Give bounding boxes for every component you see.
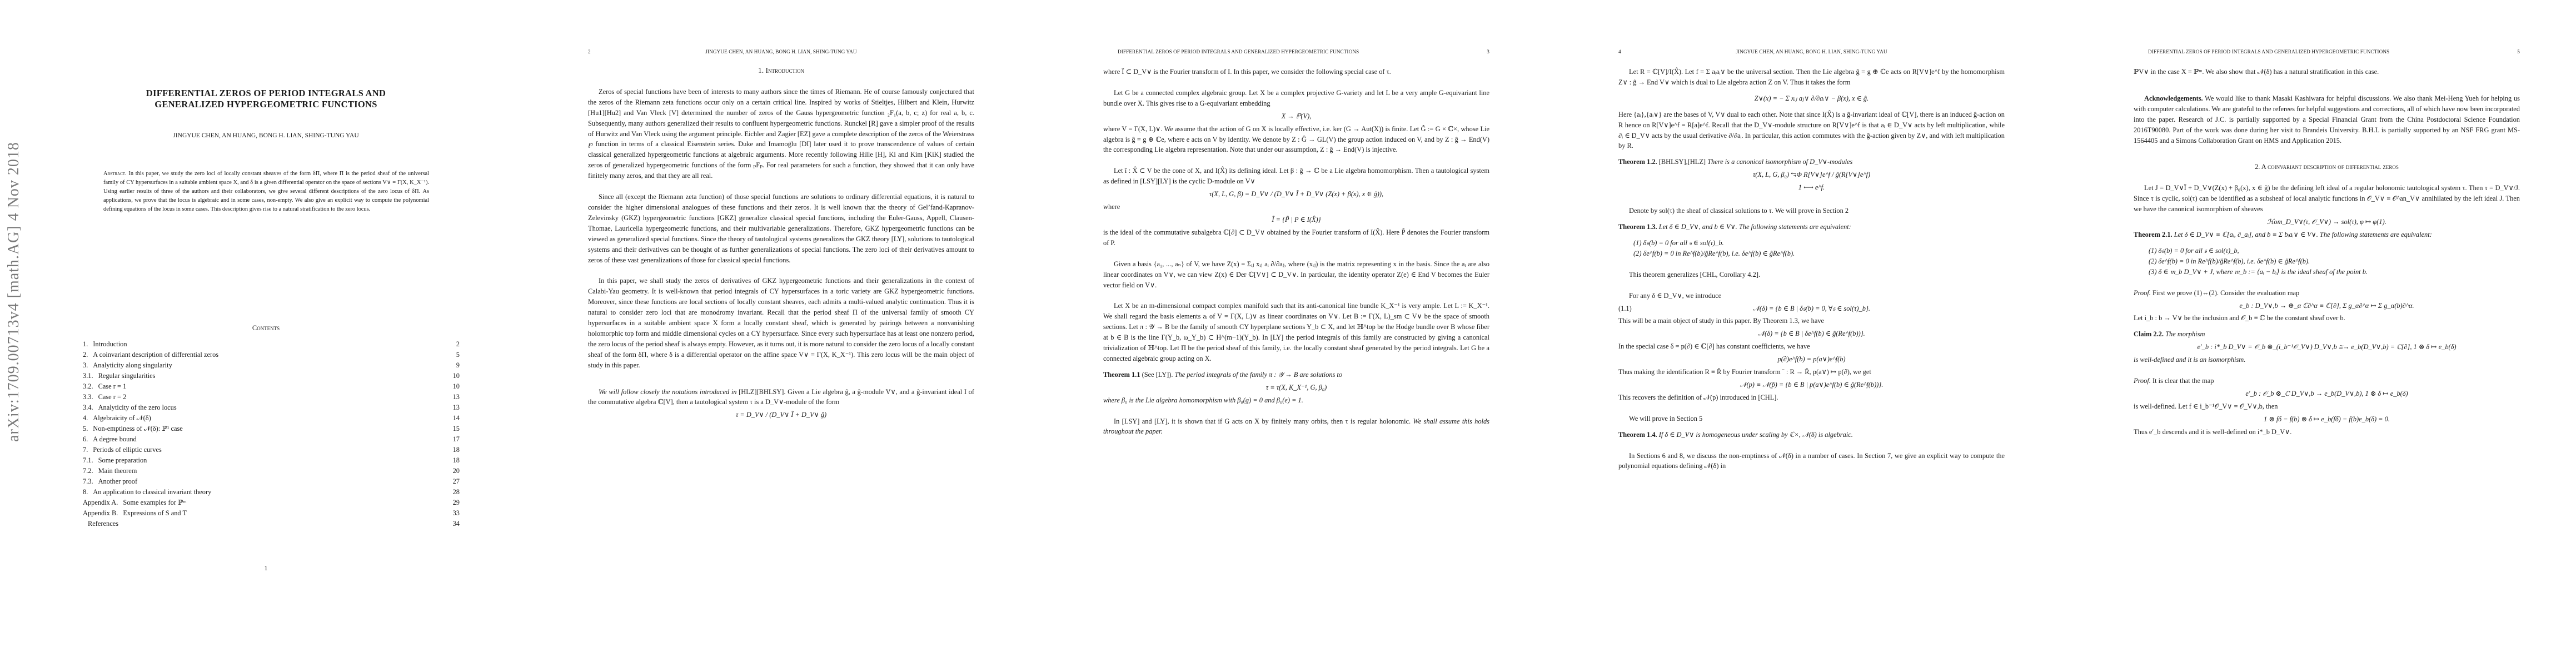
text: In [LSY] and [LY], it is shown that if G…: [1114, 417, 1413, 425]
paragraph: This recovers the definition of 𝒩(p) int…: [1618, 392, 2005, 403]
toc-entry-label: 7.3.Another proof: [83, 476, 137, 487]
claim-2-2: Claim 2.2. The morphism: [2134, 329, 2520, 340]
toc-entry-title: A degree bound: [93, 435, 136, 443]
equation: τ(X, L, G, β₀) ⥃Φ R[V∨]e^f / ĝ(R[V∨]e^f): [1618, 170, 2005, 180]
arxiv-stamp-text: arXiv:1709.00713v4 [math.AG] 4 Nov 2018: [5, 142, 23, 442]
list-item: (3) δ ∈ 𝔪_b D_V∨ + J, where 𝔪_b := ⟨aᵢ −…: [2149, 267, 2520, 277]
list-item: (1) δ𝔰(b) = 0 for all 𝔰 ∈ sol(τ)_b.: [1633, 238, 2005, 248]
toc-entry-label: 3.3.Case r = 2: [83, 392, 126, 402]
paragraph: This will be a main object of study in t…: [1618, 316, 2005, 326]
toc-entry-page: 18: [453, 455, 460, 466]
toc-entry-number: 4.: [83, 413, 88, 424]
ack-label: Acknowledgements.: [2144, 94, 2203, 102]
paragraph: In [LSY] and [LY], it is shown that if G…: [1103, 416, 1489, 437]
theorem-1-1: Theorem 1.1 (See [LY]). The period integ…: [1103, 370, 1489, 380]
equation: 1 ⟷ e^f.: [1618, 182, 2005, 193]
paragraph: where V = Γ(X, L)∨. We assume that the a…: [1103, 124, 1489, 156]
theorem-text: where β₀ is the Lie algebra homomorphism…: [1103, 395, 1489, 406]
toc-entry-title: Algebraicity of 𝒩(δ): [93, 414, 151, 422]
toc-entry-title: Expressions of S and T: [123, 509, 187, 517]
toc-entry[interactable]: 4.Algebraicity of 𝒩(δ)14: [83, 413, 460, 424]
toc-entry-page: 28: [453, 487, 460, 497]
toc-entry-title: Non-emptiness of 𝒩(δ): ℙ¹ case: [93, 425, 183, 432]
paragraph: is the ideal of the commutative subalgeb…: [1103, 227, 1489, 248]
paragraph: We will follow closely the notations int…: [588, 387, 974, 408]
toc-entry-number: 3.4.: [83, 402, 93, 413]
theorem-label: Theorem 1.4.: [1618, 431, 1657, 439]
toc-entry-label: 7.1.Some preparation: [83, 455, 147, 466]
toc-entry-title: Periods of elliptic curves: [93, 446, 162, 454]
equation: e′_b : 𝒪_b ⊗_ℂ D_V∨,b → e_b(D_V∨,b), 1 ⊗…: [2134, 389, 2520, 399]
toc-entry-number: 7.: [83, 445, 88, 455]
running-head-authors: JINGYUE CHEN, AN HUANG, BONG H. LIAN, SH…: [588, 49, 974, 54]
toc-entry-label: 3.1.Regular singularities: [83, 371, 155, 381]
theorem-label: Theorem 2.1.: [2134, 231, 2173, 238]
toc-entry-title: Some preparation: [98, 456, 147, 464]
toc-entry-title: Another proof: [98, 477, 138, 485]
toc-entry-page: 18: [453, 445, 460, 455]
paragraph: Let J = D_V∨Ĩ + D_V∨(Z(x) + β₀(x), x ∈ ĝ…: [2134, 183, 2520, 215]
toc-entry-label: 6.A degree bound: [83, 434, 137, 445]
toc-entry-page: 34: [453, 519, 460, 529]
title-line-1: DIFFERENTIAL ZEROS OF PERIOD INTEGRALS A…: [73, 88, 459, 99]
toc-entry[interactable]: 7.2.Main theorem20: [83, 466, 460, 476]
paragraph: In Sections 6 and 8, we discuss the non-…: [1618, 451, 2005, 472]
toc-entry-page: 9: [456, 360, 460, 371]
toc-entry[interactable]: 7.3.Another proof27: [83, 476, 460, 487]
toc-entry-label: 4.Algebraicity of 𝒩(δ): [83, 413, 151, 424]
equation: 𝒩(δ) = {b ∈ B | δ𝔰(b) = 0, ∀𝔰 ∈ sol(τ)_b…: [1753, 305, 1870, 312]
toc-entry-title: An application to classical invariant th…: [93, 488, 211, 496]
equation: ℋom_D_V∨(τ, 𝒪_V∨) → sol(τ), φ ↦ φ(1).: [2134, 217, 2520, 227]
theorem-1-2: Theorem 1.2. [BHLSY],[HLZ] There is a ca…: [1618, 157, 2005, 167]
proof: Proof. It is clear that the map: [2134, 376, 2520, 386]
theorem-ref: [BHLSY],[HLZ]: [1657, 158, 1708, 166]
theorem-label: Theorem 1.3.: [1618, 223, 1657, 231]
toc-entry-number: 7.1.: [83, 455, 93, 466]
page-5-body: ℙV∨ in the case X = ℙᵐ. We also show tha…: [2134, 67, 2520, 437]
toc-entry[interactable]: References34: [83, 519, 460, 529]
toc-entry-label: References: [83, 519, 118, 529]
toc-entry-title: Introduction: [93, 340, 127, 348]
equation: e′_b : i*_b D_V∨ = 𝒪_b ⊗_(i_b⁻¹𝒪_V∨) D_V…: [2134, 342, 2520, 352]
paragraph: We will prove in Section 5: [1618, 414, 2005, 424]
toc-entry-page: 2: [456, 339, 460, 350]
equation: X → ℙ(V),: [1103, 111, 1489, 122]
page-3: DIFFERENTIAL ZEROS OF PERIOD INTEGRALS A…: [1030, 0, 1546, 667]
theorem-text: There is a canonical isomorphism of D_V∨…: [1707, 158, 1852, 166]
paragraph: Given a basis {a₁, ..., aₙ} of V, we hav…: [1103, 259, 1489, 291]
page-4-body: Let R = ℂ[V]/I(X̂). Let f = Σ aᵢaᵢ∨ be t…: [1618, 67, 2005, 471]
theorem-ref: (See [LY]).: [1140, 371, 1175, 379]
equation: Ĩ = {P̃ | P ∈ I(X̂)}: [1103, 215, 1489, 225]
proof-text: It is clear that the map: [2151, 377, 2214, 385]
page-3-body: where Ĩ ⊂ D_V∨ is the Fourier transform …: [1103, 67, 1489, 437]
theorem-text: The period integrals of the family π : 𝒴…: [1175, 371, 1342, 379]
toc-entry-number: 3.1.: [83, 371, 93, 381]
paragraph: is well-defined. Let f ∈ i_b⁻¹𝒪_V∨ = 𝒪_V…: [2134, 401, 2520, 412]
authors: JINGYUE CHEN, AN HUANG, BONG H. LIAN, SH…: [73, 132, 459, 139]
equation: 𝒩(δ) = {b ∈ B | δe^f(b) ∈ ĝ(Re^f(b))}.: [1618, 328, 2005, 339]
theorem-label: Theorem 1.1: [1103, 371, 1140, 379]
page-5: DIFFERENTIAL ZEROS OF PERIOD INTEGRALS A…: [2061, 0, 2576, 667]
paragraph: ℙV∨ in the case X = ℙᵐ. We also show tha…: [2134, 67, 2520, 77]
toc-entry[interactable]: Appendix B.Expressions of S and T33: [83, 508, 460, 519]
toc-entry-number: 7.2.: [83, 466, 93, 476]
toc-entry-title: Analyticity along singularity: [93, 361, 172, 369]
paragraph: This theorem generalizes [CHL, Corollary…: [1618, 270, 2005, 280]
toc-entry-number: 3.: [83, 360, 88, 371]
toc-entry-title: Regular singularities: [98, 372, 156, 380]
toc-entry-label: Appendix A.Some examples for ℙᵐ: [83, 497, 186, 508]
numbered-equation: (1.1)𝒩(δ) = {b ∈ B | δ𝔰(b) = 0, ∀𝔰 ∈ sol…: [1618, 303, 2005, 314]
page-1: arXiv:1709.00713v4 [math.AG] 4 Nov 2018 …: [0, 0, 515, 667]
toc-entry-number: Appendix A.: [83, 497, 118, 508]
section-heading: 2. A coinvariant description of differen…: [2134, 162, 2520, 172]
toc-entry-label: Appendix B.Expressions of S and T: [83, 508, 187, 519]
toc-entry[interactable]: Appendix A.Some examples for ℙᵐ29: [83, 497, 460, 508]
page-2: 2 JINGYUE CHEN, AN HUANG, BONG H. LIAN, …: [515, 0, 1030, 667]
abstract-label: Abstract.: [103, 171, 127, 177]
running-head-authors: JINGYUE CHEN, AN HUANG, BONG H. LIAN, SH…: [1618, 49, 2005, 54]
paragraph: Let î : X̂ ⊂ V be the cone of X, and I(X…: [1103, 166, 1489, 187]
toc-entry[interactable]: 3.1.Regular singularities10: [83, 371, 460, 381]
toc-entry-number: 7.3.: [83, 476, 93, 487]
toc-entry-label: 3.Analyticity along singularity: [83, 360, 172, 371]
paragraph: Let R = ℂ[V]/I(X̂). Let f = Σ aᵢaᵢ∨ be t…: [1618, 67, 2005, 88]
toc-entry[interactable]: 1.Introduction2: [83, 339, 460, 350]
toc-entry-number: Appendix B.: [83, 508, 118, 519]
toc-entry-label: 5.Non-emptiness of 𝒩(δ): ℙ¹ case: [83, 424, 183, 434]
title-line-2: GENERALIZED HYPERGEOMETRIC FUNCTIONS: [73, 99, 459, 110]
equation: τ(X, L, G, β) = D_V∨ / (D_V∨ Ĩ + D_V∨ (Z…: [1103, 189, 1489, 200]
toc-entry-page: 15: [453, 424, 460, 434]
toc-entry-page: 20: [453, 466, 460, 476]
toc-entry[interactable]: 8.An application to classical invariant …: [83, 487, 460, 497]
toc-entry-title: Main theorem: [98, 467, 137, 475]
list-item: (2) δe^f(b) = 0 in Re^f(b)/ĝRe^f(b), i.e…: [1633, 248, 2005, 259]
toc-entry-label: 3.2.Case r = 1: [83, 381, 126, 392]
toc-entry-page: 27: [453, 476, 460, 487]
toc-entry-page: 10: [453, 371, 460, 381]
list-item: (2) δe^f(b) = 0 in Re^f(b)/ĝRe^f(b), i.e…: [2149, 256, 2520, 267]
toc-entry-number: 2.: [83, 350, 88, 360]
table-of-contents: 1.Introduction22.A coinvariant descripti…: [83, 339, 460, 529]
text: where: [1103, 202, 1489, 212]
toc-entry-page: 14: [453, 413, 460, 424]
page-4: 4 JINGYUE CHEN, AN HUANG, BONG H. LIAN, …: [1546, 0, 2061, 667]
claim-text: is well-defined and it is an isomorphism…: [2134, 355, 2520, 365]
toc-entry-title: References: [88, 520, 118, 527]
toc-entry-page: 17: [453, 434, 460, 445]
equation: Z∨(x) = − Σ xᵢⱼ aⱼ∨ ∂/∂aᵢ∨ − β(x), x ∈ ĝ…: [1618, 93, 2005, 104]
paper-title: DIFFERENTIAL ZEROS OF PERIOD INTEGRALS A…: [73, 88, 459, 110]
toc-entry-title: Case r = 1: [98, 382, 127, 390]
paragraph: where Ĩ ⊂ D_V∨ is the Fourier transform …: [1103, 67, 1489, 77]
toc-entry-number: 5.: [83, 424, 88, 434]
toc-entry-label: 1.Introduction: [83, 339, 127, 350]
toc-entry[interactable]: 3.2.Case r = 110: [83, 381, 460, 392]
proof-label: Proof.: [2134, 289, 2151, 297]
toc-entry[interactable]: 5.Non-emptiness of 𝒩(δ): ℙ¹ case15: [83, 424, 460, 434]
proof: Proof. First we prove (1)⇔(2). Consider …: [2134, 288, 2520, 298]
proof-label: Proof.: [2134, 377, 2151, 385]
paragraph: Zeros of special functions have been of …: [588, 87, 974, 181]
running-head-title: DIFFERENTIAL ZEROS OF PERIOD INTEGRALS A…: [1118, 49, 1473, 54]
toc-entry-number: 3.2.: [83, 381, 93, 392]
theorem-text: If δ ∈ D_V∨ is homogeneous under scaling…: [1657, 431, 1853, 439]
toc-entry-label: 3.4.Analyticity of the zero locus: [83, 402, 177, 413]
page-number: 3: [1487, 49, 1489, 54]
toc-entry-page: 13: [453, 392, 460, 402]
paragraph: Thus making the identification R ≡ R̃ by…: [1618, 367, 2005, 377]
toc-entry-title: Some examples for ℙᵐ: [123, 499, 186, 506]
toc-entry[interactable]: 3.Analyticity along singularity9: [83, 360, 460, 371]
paragraph: For any δ ∈ D_V∨, we introduce: [1618, 291, 2005, 301]
toc-entry[interactable]: 7.Periods of elliptic curves18: [83, 445, 460, 455]
abstract: Abstract. In this paper, we study the ze…: [103, 170, 429, 214]
paragraph: Let G be a connected complex algebraic g…: [1103, 88, 1489, 109]
section-heading: 1. Introduction: [588, 66, 974, 76]
italic-text: We will follow closely the notations int…: [599, 388, 736, 396]
toc-entry-number: 1.: [83, 339, 88, 350]
acknowledgements: Acknowledgements. We would like to thank…: [2134, 93, 2520, 146]
toc-entry-label: 7.Periods of elliptic curves: [83, 445, 162, 455]
toc-entry[interactable]: 6.A degree bound17: [83, 434, 460, 445]
theorem-1-4: Theorem 1.4. If δ ∈ D_V∨ is homogeneous …: [1618, 430, 2005, 440]
equation: 1 ⊗ fδ − f(b) ⊗ δ ↦ e_b(fδ) − f(b)e_b(δ)…: [2134, 414, 2520, 425]
list-item: (1) δ𝔰(b) = 0 for all 𝔰 ∈ sol(τ)_b,: [2149, 246, 2520, 256]
toc-entry-label: 8.An application to classical invariant …: [83, 487, 211, 497]
toc-entry-page: 10: [453, 381, 460, 392]
claim-text: The morphism: [2164, 330, 2205, 338]
toc-entry-title: Case r = 2: [98, 393, 127, 401]
paragraph: Denote by sol(τ) the sheaf of classical …: [1618, 206, 2005, 216]
paragraph: Thus e′_b descends and it is well-define…: [2134, 427, 2520, 437]
theorem-items: (1) δ𝔰(b) = 0 for all 𝔰 ∈ sol(τ)_b, (2) …: [2134, 246, 2520, 277]
toc-entry-page: 5: [456, 350, 460, 360]
theorem-items: (1) δ𝔰(b) = 0 for all 𝔰 ∈ sol(τ)_b. (2) …: [1618, 238, 2005, 259]
proof-text: First we prove (1)⇔(2). Consider the eva…: [2151, 289, 2299, 297]
paragraph: In this paper, we shall study the zeros …: [588, 276, 974, 370]
equation-number: (1.1): [1618, 303, 1632, 314]
toc-entry[interactable]: 3.3.Case r = 213: [83, 392, 460, 402]
equation: τ = D_V∨ / (D_V∨ Ĩ + D_V∨ ĝ): [588, 410, 974, 420]
running-head-title: DIFFERENTIAL ZEROS OF PERIOD INTEGRALS A…: [2148, 49, 2503, 54]
toc-entry[interactable]: 2.A coinvariant description of different…: [83, 350, 460, 360]
toc-entry-title: A coinvariant description of differentia…: [93, 351, 218, 359]
toc-entry[interactable]: 7.1.Some preparation18: [83, 455, 460, 466]
toc-entry-label: 2.A coinvariant description of different…: [83, 350, 218, 360]
paragraph: Let X be an m-dimensional compact comple…: [1103, 301, 1489, 364]
toc-entry-label: 7.2.Main theorem: [83, 466, 137, 476]
theorem-2-1: Theorem 2.1. Let δ ∈ D_V∨ ≡ ℂ[aᵢ, ∂_aᵢ],…: [2134, 230, 2520, 240]
page-number: 5: [2517, 49, 2520, 54]
arxiv-stamp: arXiv:1709.00713v4 [math.AG] 4 Nov 2018: [6, 111, 22, 472]
theorem-label: Theorem 1.2.: [1618, 158, 1657, 166]
equation: τ ≡ τ(X, K_X⁻¹, G, β₀): [1103, 382, 1489, 393]
toc-entry-number: 6.: [83, 434, 88, 445]
toc-entry-page: 33: [453, 508, 460, 519]
paragraph: In the special case δ = p(∂) ∈ ℂ[∂] has …: [1618, 341, 2005, 352]
toc-entry-page: 29: [453, 497, 460, 508]
toc-entry[interactable]: 3.4.Analyticity of the zero locus13: [83, 402, 460, 413]
paragraph: Since all (except the Riemann zeta funct…: [588, 192, 974, 265]
page-number: 1: [73, 564, 459, 573]
theorem-1-3: Theorem 1.3. Let δ ∈ D_V∨, and b ∈ V∨. T…: [1618, 222, 2005, 232]
contents-heading: Contents: [73, 324, 459, 332]
abstract-text: In this paper, we study the zero loci of…: [103, 171, 429, 212]
page-2-body: 1. Introduction Zeros of special functio…: [588, 66, 974, 422]
equation: p(∂)e^f(b) = p(a∨)e^f(b): [1618, 354, 2005, 365]
toc-entry-number: 3.3.: [83, 392, 93, 402]
toc-entry-title: Analyticity of the zero locus: [98, 404, 177, 411]
equation: e_b : D_V∨,b → ⊕_α ℂ∂^α ≡ ℂ[∂], Σ g_α∂^α…: [2134, 301, 2520, 311]
theorem-text: Let δ ∈ D_V∨ ≡ ℂ[aᵢ, ∂_aᵢ], and b ≡ Σ bᵢ…: [2173, 231, 2432, 238]
theorem-text: Let δ ∈ D_V∨, and b ∈ V∨. The following …: [1657, 223, 1851, 231]
toc-entry-number: 8.: [83, 487, 88, 497]
toc-entry-page: 13: [453, 402, 460, 413]
paragraph: Let i_b : b → V∨ be the inclusion and 𝒪_…: [2134, 313, 2520, 323]
paragraph: Here {aᵢ},{aᵢ∨} are the bases of V, V∨ d…: [1618, 109, 2005, 152]
claim-label: Claim 2.2.: [2134, 330, 2164, 338]
equation: 𝒩(p) ≡ 𝒩(p̃) = {b ∈ B | p(a∨)e^f(b) ∈ ĝ(…: [1618, 380, 2005, 390]
